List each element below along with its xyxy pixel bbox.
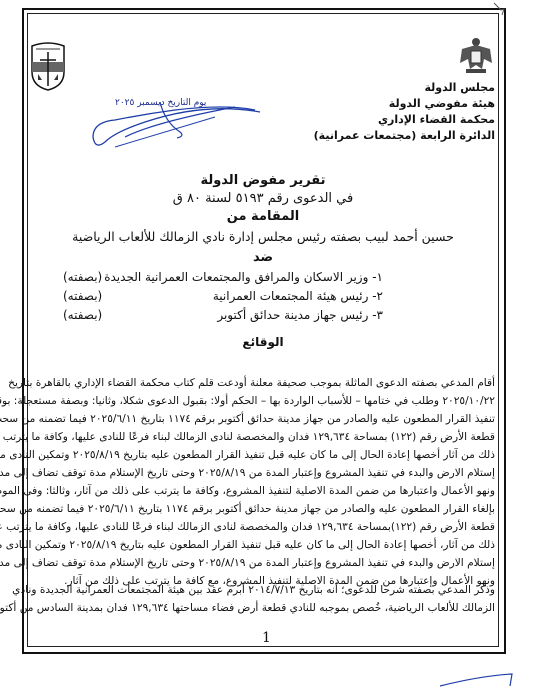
facts-paragraph-1: أقام المدعي بصفته الدعوى الماثلة بموجب ص… <box>33 374 495 590</box>
paragraph-line: ذلك من آثار أخصها إعادة الحال إلى ما كان… <box>33 446 495 464</box>
paragraph-line: بإلغاء القرار المطعون عليه والصادر من جه… <box>33 500 495 518</box>
defendants-list: ١- وزير الاسكان والمرافق والمجتمعات العم… <box>63 268 383 325</box>
paragraph-line: قطعة الأرض رقم (١٢٢)بمساحة ١٢٩,٦٣٤ فدان … <box>33 518 495 536</box>
state-council-seal-icon <box>28 40 68 92</box>
issuing-authority-header: مجلس الدولة هيئة مفوضي الدولة محكمة القض… <box>314 80 495 144</box>
case-number: في الدعوى رقم ٥١٩٣ لسنة ٨٠ ق <box>30 191 496 206</box>
paragraph-line: تنفيذ القرار المطعون عليه والصادر من جها… <box>33 410 495 428</box>
page-number: 1 <box>262 630 271 646</box>
paragraph-line: أقام المدعي بصفته الدعوى الماثلة بموجب ص… <box>33 374 495 392</box>
pen-stroke-icon <box>440 672 520 688</box>
paragraph-line: ٢٠٢٥/١٠/٢٢ وطلب في ختامها – للأسباب الوا… <box>33 392 495 410</box>
court-name: محكمة القضاء الإداري <box>314 112 495 128</box>
defendant-name: ٣- رئيس جهاز مدينة حدائق أكتوبر <box>217 306 383 325</box>
egypt-eagle-emblem-icon <box>458 35 494 75</box>
circuit-name: الدائرة الرابعة (مجتمعات عمرانية) <box>314 128 495 144</box>
defendant-row: ١- وزير الاسكان والمرافق والمجتمعات العم… <box>63 268 383 287</box>
facts-paragraph-2: وذكر المدعي بصفته شرحا للدعوى؛ أنه بتاري… <box>33 581 495 617</box>
paragraph-line: ونهو الأعمال واعتبارها من ضمن المدة الاص… <box>33 482 495 500</box>
defendant-row: ٢- رئيس هيئة المجتمعات العمرانية (بصفته) <box>63 287 383 306</box>
defendant-name: ١- وزير الاسكان والمرافق والمجتمعات العم… <box>104 268 383 287</box>
paragraph-line: إستلام الارض والبدء في تنفيذ المشروع وإع… <box>33 554 495 572</box>
defendant-capacity: (بصفته) <box>63 306 102 325</box>
defendant-capacity: (بصفته) <box>63 268 102 287</box>
council-name: مجلس الدولة <box>314 80 495 96</box>
pen-mark-icon <box>493 2 505 16</box>
facts-heading: الوقائع <box>30 335 496 349</box>
paragraph-line: قطعة الأرض رقم (١٢٢) بمساحة ١٢٩,٦٣٤ فدان… <box>33 428 495 446</box>
handwritten-signature-icon <box>85 92 265 152</box>
paragraph-line: إستلام الارض والبدء في تنفيذ المشروع وإع… <box>33 464 495 482</box>
paragraph-line: ذلك من آثار، أخصها إعادة الحال إلى ما كا… <box>33 536 495 554</box>
defendant-name: ٢- رئيس هيئة المجتمعات العمرانية <box>213 287 383 306</box>
defendant-row: ٣- رئيس جهاز مدينة حدائق أكتوبر (بصفته) <box>63 306 383 325</box>
plaintiff: حسين أحمد لبيب بصفته رئيس مجلس إدارة ناد… <box>30 229 496 244</box>
filed-by-label: المقامة من <box>30 209 496 224</box>
report-title: تقرير مفوض الدولة <box>30 173 496 188</box>
against-label: ضد <box>30 250 496 265</box>
paragraph-line: الزمالك للألعاب الرياضية، خُصص بموجبه لل… <box>33 599 495 617</box>
paragraph-line: وذكر المدعي بصفته شرحا للدعوى؛ أنه بتاري… <box>33 581 495 599</box>
commissioners-authority: هيئة مفوضي الدولة <box>314 96 495 112</box>
defendant-capacity: (بصفته) <box>63 287 102 306</box>
